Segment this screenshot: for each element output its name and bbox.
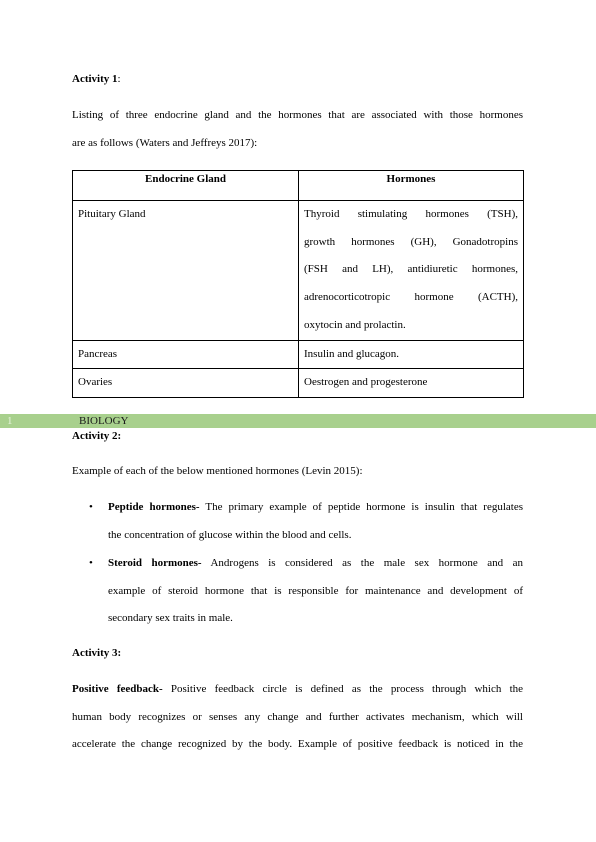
- bullet-steroid-line3: secondary sex traits in male.: [108, 611, 523, 625]
- activity-3-heading: Activity 3:: [72, 646, 523, 660]
- hormones-line: Thyroid stimulating hormones (TSH),: [304, 201, 518, 229]
- heading-suffix: :: [118, 73, 121, 85]
- feedback-text: Positive feedback circle is defined as t…: [163, 683, 523, 695]
- bullet-term: Steroid hormones-: [108, 557, 202, 569]
- hormones-line: adrenocorticotropic hormone (ACTH),: [304, 284, 518, 312]
- activity-1-intro-line1: Listing of three endocrine gland and the…: [72, 108, 523, 122]
- bullet-peptide-line1: Peptide hormones- The primary example of…: [108, 500, 523, 514]
- activity-3-line3: accelerate the change recognized by the …: [72, 737, 523, 751]
- page-number: 1: [7, 414, 13, 428]
- activity-3-line2: human body recognizes or senses any chan…: [72, 710, 523, 724]
- hormones-line: (FSH and LH), antidiuretic hormones,: [304, 256, 518, 284]
- table-row: Pituitary Gland Thyroid stimulating horm…: [73, 201, 524, 341]
- bullet-icon: •: [89, 556, 93, 570]
- hormones-line: growth hormones (GH), Gonadotropins: [304, 229, 518, 257]
- bullet-steroid-line1: Steroid hormones- Androgens is considere…: [108, 556, 523, 570]
- activity-2-heading: Activity 2:: [72, 429, 523, 443]
- gland-cell: Ovaries: [73, 369, 299, 398]
- bullet-icon: •: [89, 500, 93, 514]
- bullet-text: The primary example of peptide hormone i…: [200, 501, 523, 513]
- bullet-text: Androgens is considered as the male sex …: [202, 557, 523, 569]
- bullet-term: Peptide hormones-: [108, 501, 200, 513]
- bullet-peptide-line2: the concentration of glucose within the …: [108, 528, 523, 542]
- hormones-line: oxytocin and prolactin.: [304, 312, 518, 340]
- heading-text: Activity 1: [72, 73, 118, 85]
- activity-1-heading: Activity 1:: [72, 72, 523, 86]
- activity-3-line1: Positive feedback- Positive feedback cir…: [72, 682, 523, 696]
- hormones-cell: Oestrogen and progesterone: [299, 369, 524, 398]
- header-endocrine-gland: Endocrine Gland: [73, 171, 299, 201]
- activity-2-intro: Example of each of the below mentioned h…: [72, 464, 523, 478]
- header-hormones: Hormones: [299, 171, 524, 201]
- gland-cell: Pancreas: [73, 340, 299, 369]
- hormones-cell: Insulin and glucagon.: [299, 340, 524, 369]
- endocrine-table: Endocrine Gland Hormones Pituitary Gland…: [72, 170, 524, 398]
- table-row: Ovaries Oestrogen and progesterone: [73, 369, 524, 398]
- table-header-row: Endocrine Gland Hormones: [73, 171, 524, 201]
- bullet-steroid-line2: example of steroid hormone that is respo…: [108, 584, 523, 598]
- table-row: Pancreas Insulin and glucagon.: [73, 340, 524, 369]
- activity-1-intro-line2: are as follows (Waters and Jeffreys 2017…: [72, 136, 523, 150]
- gland-cell: Pituitary Gland: [73, 201, 299, 341]
- heading-text: Activity 2:: [72, 430, 121, 442]
- running-header-title: BIOLOGY: [79, 414, 129, 428]
- heading-text: Activity 3:: [72, 647, 121, 659]
- feedback-term: Positive feedback-: [72, 683, 163, 695]
- hormones-cell: Thyroid stimulating hormones (TSH), grow…: [299, 201, 524, 341]
